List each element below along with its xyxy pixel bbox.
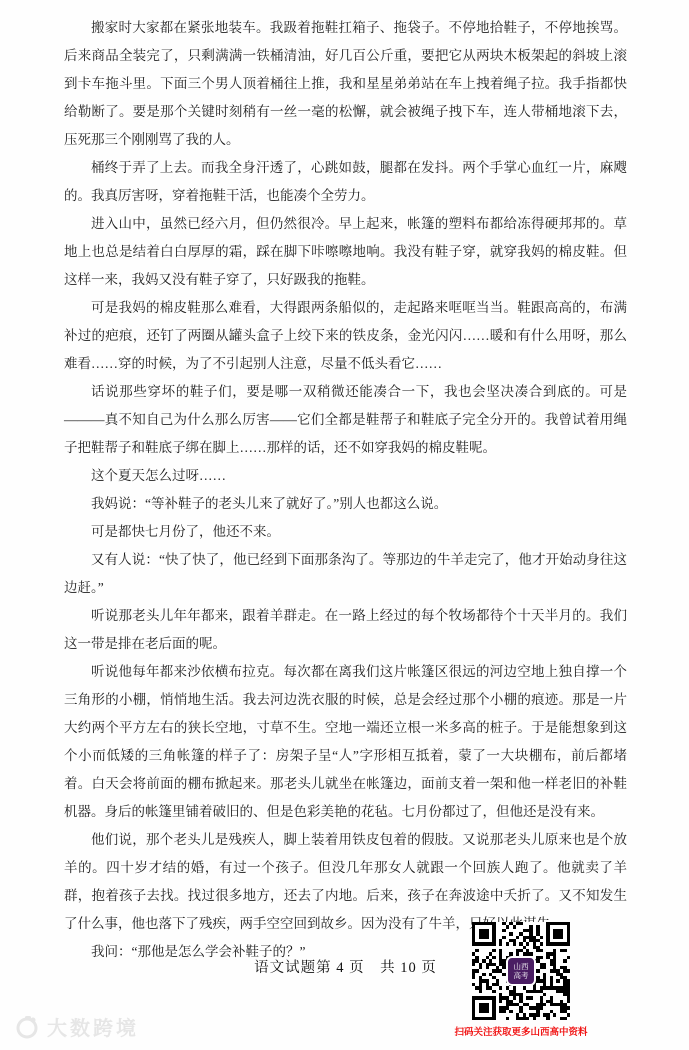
qr-code: 山西 高考	[472, 922, 570, 1020]
passage-text: 搬家时大家都在紧张地装车。我趿着拖鞋扛箱子、拖袋子。不停地拾鞋子，不停地挨骂。后…	[64, 14, 627, 966]
qr-center-badge: 山西 高考	[506, 956, 536, 986]
paragraph-10: 听说那老头儿年年都来，跟着羊群走。在一路上经过的每个牧场都待个十天半月的。我们这…	[64, 602, 627, 658]
paragraph-11: 听说他每年都来沙依横布拉克。每次都在离我们这片帐篷区很远的河边空地上独自撑一个三…	[64, 658, 627, 826]
paragraph-5: 话说那些穿坏的鞋子们，要是哪一双稍微还能凑合一下，我也会坚决凑合到底的。可是——…	[64, 378, 627, 462]
watermark-logo-icon	[14, 1014, 40, 1040]
paragraph-8: 可是都快七月份了，他还不来。	[64, 518, 627, 546]
paragraph-7: 我妈说：“等补鞋子的老头儿来了就好了。”别人也都这么说。	[64, 490, 627, 518]
watermark: 大数跨境	[14, 1012, 139, 1041]
paragraph-9: 又有人说：“快了快了，他已经到下面那条沟了。等那边的牛羊走完了，他才开始动身往这…	[64, 546, 627, 602]
paragraph-4: 可是我妈的棉皮鞋那么难看，大得跟两条船似的，走起路来哐哐当当。鞋跟高高的，布满补…	[64, 294, 627, 378]
paragraph-3: 进入山中，虽然已经六月，但仍然很冷。早上起来，帐篷的塑料布都给冻得硬邦邦的。草地…	[64, 210, 627, 294]
watermark-brand-text: 大数跨境	[47, 1012, 139, 1041]
qr-caption: 扫码关注获取更多山西高中资料	[452, 1024, 590, 1038]
exam-paper-page: 搬家时大家都在紧张地装车。我趿着拖鞋扛箱子、拖袋子。不停地拾鞋子，不停地挨骂。后…	[0, 0, 689, 1050]
qr-badge-line2: 高考	[514, 971, 529, 980]
paragraph-6: 这个夏天怎么过呀……	[64, 462, 627, 490]
qr-badge-line1: 山西	[514, 962, 529, 971]
paragraph-2: 桶终于弄了上去。而我全身汗透了，心跳如鼓，腿都在发抖。两个手掌心血红一片，麻飕的…	[64, 154, 627, 210]
paragraph-1: 搬家时大家都在紧张地装车。我趿着拖鞋扛箱子、拖袋子。不停地拾鞋子，不停地挨骂。后…	[64, 14, 627, 154]
